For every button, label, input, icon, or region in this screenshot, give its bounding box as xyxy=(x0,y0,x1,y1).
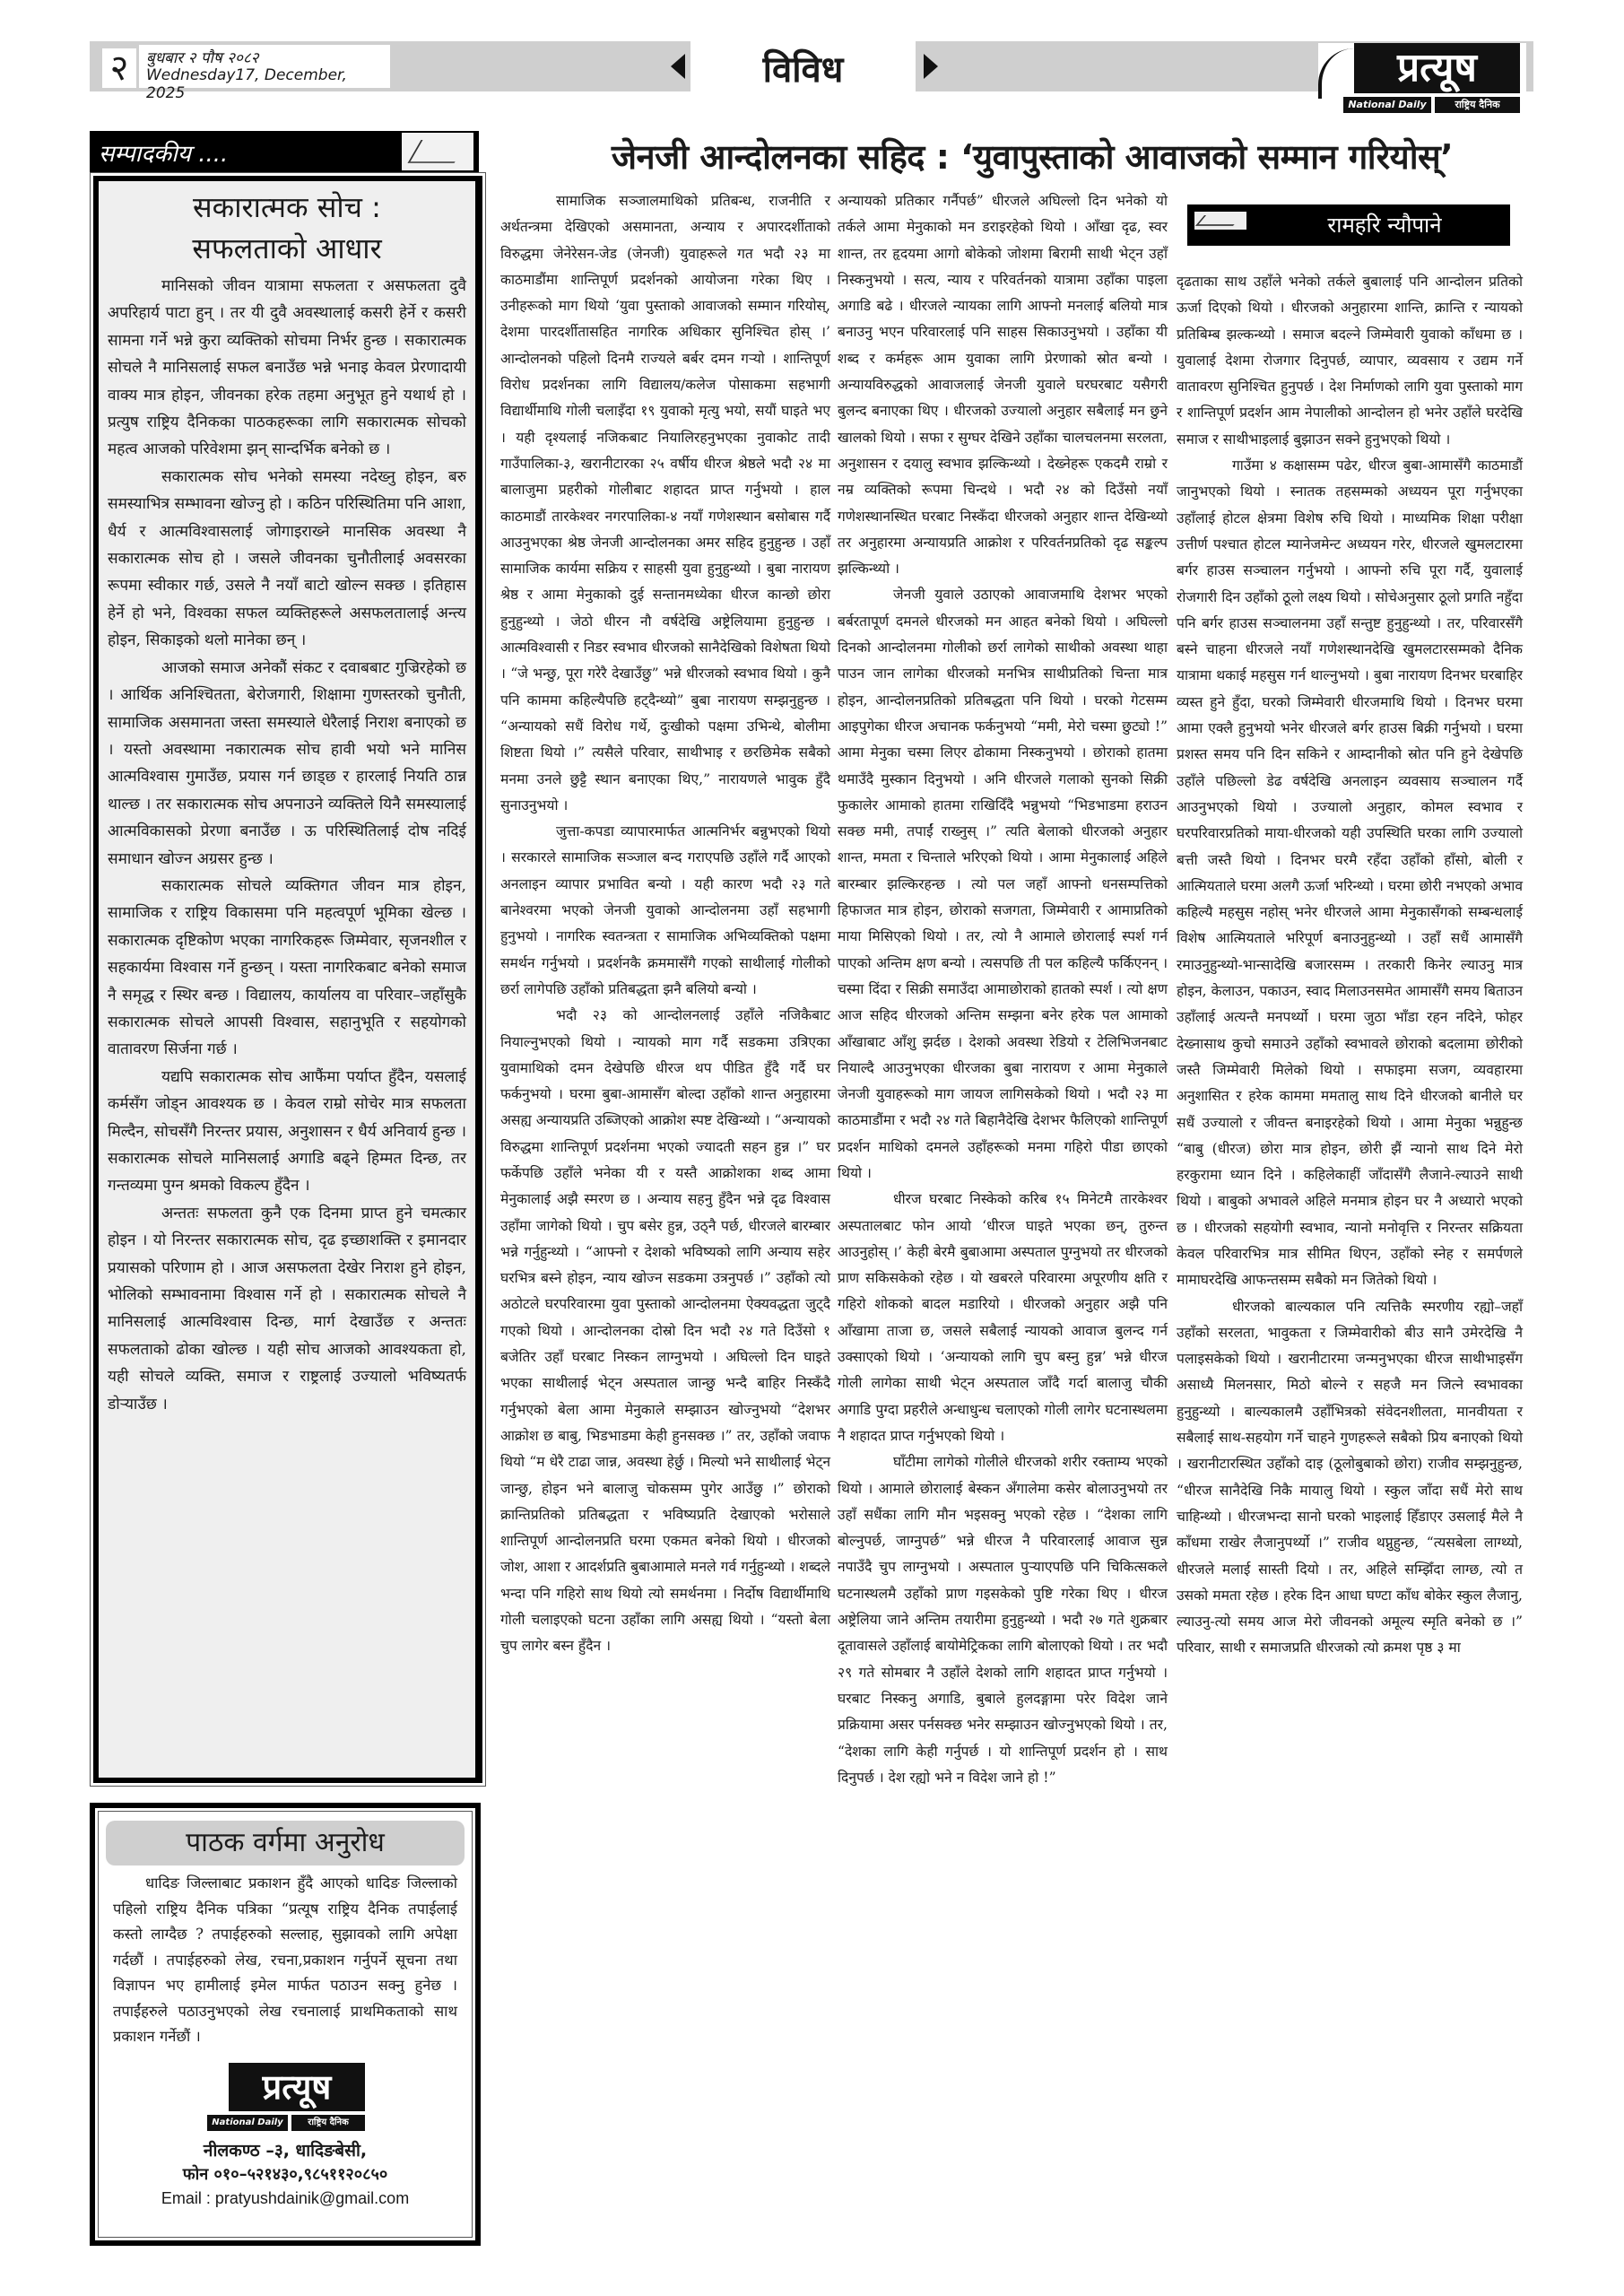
newspaper-logo: प्रत्यूष National Daily राष्ट्रिय दैनिक xyxy=(1318,43,1526,115)
author-name: रामहरि न्यौपाने xyxy=(1259,204,1510,246)
author-byline: रामहरि न्यौपाने xyxy=(1187,204,1510,246)
article-paragraph: सामाजिक सञ्जालमाथिको प्रतिबन्ध, राजनीति … xyxy=(500,188,830,819)
date-nepali: बुधबार २ पौष २०८२ xyxy=(146,47,259,67)
article-paragraph: घाँटीमा लागेको गोलीले धीरजको शरीर रक्ताम… xyxy=(838,1449,1168,1791)
article-column-2: अन्यायको प्रतिकार गर्नैपर्छ” धीरजले अघिल… xyxy=(838,188,1168,1791)
article-paragraph: भदौ २३ को आन्दोलनलाई उहाँले नजिकैबाट निय… xyxy=(500,1003,830,1659)
previous-section-arrow-icon[interactable] xyxy=(671,54,685,79)
article-column-1: सामाजिक सञ्जालमाथिको प्रतिबन्ध, राजनीति … xyxy=(500,188,830,1660)
next-section-arrow-icon[interactable] xyxy=(924,54,938,79)
notice-address: नीलकण्ठ –३, धादिङबेसी, xyxy=(95,2138,475,2163)
reader-notice-box: पाठक वर्गमा अनुरोध धादिङ जिल्लाबाट प्रका… xyxy=(90,1803,481,2246)
article-paragraph: गाउँमा ४ कक्षासम्म पढेर, धीरज बुबा-आमासँ… xyxy=(1177,453,1523,1294)
logo-tagline-en: National Daily xyxy=(1343,97,1431,113)
logo-wordmark: प्रत्यूष xyxy=(1354,43,1520,93)
notice-logo-wordmark: प्रत्यूष xyxy=(229,2063,365,2111)
article-paragraph: दृढताका साथ उहाँले भनेको तर्कले बुबालाई … xyxy=(1177,269,1523,453)
editorial-paragraph: आजको समाज अनेकौं संकट र दवाबबाट गुज्रिरह… xyxy=(108,655,466,873)
article-paragraph: धीरज घरबाट निस्केको करिब १५ मिनेटमै तारक… xyxy=(838,1187,1168,1449)
pen-icon xyxy=(1194,212,1246,230)
editorial-label: सम्पादकीय .... xyxy=(99,136,228,169)
editorial-paragraph: सकारात्मक सोचले व्यक्तिगत जीवन मात्र होइ… xyxy=(108,873,466,1064)
article-column-3: दृढताका साथ उहाँले भनेको तर्कले बुबालाई … xyxy=(1177,269,1523,1662)
notice-body: धादिङ जिल्लाबाट प्रकाशन हुँदै आएको धादिङ… xyxy=(95,1865,475,2050)
section-title: विविध xyxy=(690,41,916,99)
date-box: बुधबार २ पौष २०८२ Wednesday17, December,… xyxy=(139,45,390,88)
editorial-box: सकारात्मक सोच : सफलताको आधार मानिसको जीव… xyxy=(93,176,482,1783)
notice-logo-tagline-en: National Daily xyxy=(207,2115,288,2131)
editorial-body: मानिसको जीवन यात्रामा सफलता र असफलता दुव… xyxy=(99,269,475,1418)
editorial-paragraph: सकारात्मक सोच भनेको समस्या नदेख्नु होइन,… xyxy=(108,464,466,655)
article-paragraph: जेनजी युवाले उठाएको आवाजमाथि देशभर भएको … xyxy=(838,582,1168,1187)
article-paragraph: जुत्ता-कपडा व्यापारमार्फत आत्मनिर्भर बन्… xyxy=(500,819,830,1003)
editorial-paragraph: मानिसको जीवन यात्रामा सफलता र असफलता दुव… xyxy=(108,273,466,464)
page-number: २ xyxy=(102,48,136,88)
editorial-title-line2: सफलताको आधार xyxy=(99,228,475,269)
article-paragraph: धीरजको बाल्यकाल पनि त्यत्तिकै स्मरणीय रह… xyxy=(1177,1294,1523,1662)
article-headline: जेनजी आन्दोलनका सहिद : ‘युवापुस्ताको आवा… xyxy=(499,135,1566,179)
editorial-title-line1: सकारात्मक सोच : xyxy=(99,187,475,228)
date-english: Wednesday17, December, 2025 xyxy=(146,66,390,102)
editorial-paragraph: यद्यपि सकारात्मक सोच आफैंमा पर्याप्त हुँ… xyxy=(108,1064,466,1200)
notice-logo: प्रत्यूष National Daily राष्ट्रिय दैनिक xyxy=(200,2063,370,2135)
notice-heading: पाठक वर्गमा अनुरोध xyxy=(106,1821,465,1865)
editorial-paragraph: अन्ततः सफलता कुनै एक दिनमा प्राप्त हुने … xyxy=(108,1200,466,1418)
logo-tagline-np: राष्ट्रिय दैनिक xyxy=(1435,97,1520,113)
article-paragraph: अन्यायको प्रतिकार गर्नैपर्छ” धीरजले अघिल… xyxy=(838,188,1168,582)
pen-icon xyxy=(402,133,473,170)
notice-email-link[interactable]: Email : pratyushdainik@gmail.com xyxy=(95,2187,475,2210)
feather-icon xyxy=(1318,48,1356,99)
notice-logo-tagline-np: राष्ट्रिय दैनिक xyxy=(291,2115,365,2131)
editorial-title: सकारात्मक सोच : सफलताको आधार xyxy=(99,187,475,269)
editorial-header: सम्पादकीय .... xyxy=(90,131,479,172)
notice-phone: फोन ०१०–५२१४३०,९८५११२०८५० xyxy=(95,2163,475,2187)
